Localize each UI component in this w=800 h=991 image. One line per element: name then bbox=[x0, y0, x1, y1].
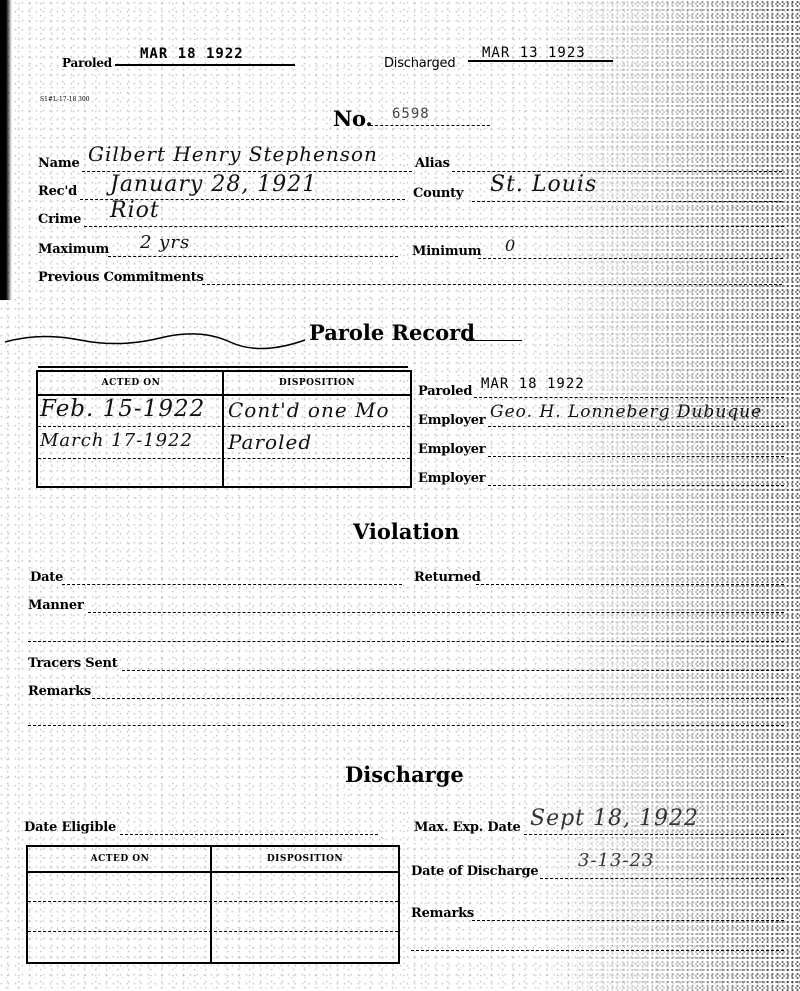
paroled-stamp[interactable]: MAR 18 1922 bbox=[481, 376, 585, 392]
tracers-sent-line bbox=[122, 670, 784, 671]
scan-noise-right bbox=[540, 0, 800, 991]
discharge-col-acted-on: ACTED ON bbox=[28, 854, 212, 864]
previous-commitments-label: Previous Commitments bbox=[38, 270, 204, 285]
discharge-actions-table: ACTED ON DISPOSITION bbox=[26, 845, 400, 964]
crime-label: Crime bbox=[38, 212, 81, 227]
disposition-cell[interactable]: Cont'd one Mo bbox=[228, 398, 390, 422]
crime-field[interactable]: Riot bbox=[110, 198, 160, 223]
violation-heading: Violation bbox=[353, 519, 459, 544]
discharge-remarks-label: Remarks bbox=[411, 906, 474, 921]
violation-remarks-line bbox=[92, 698, 784, 699]
returned-line bbox=[476, 584, 784, 585]
maximum-field[interactable]: 2 yrs bbox=[140, 232, 190, 253]
acted-on-cell[interactable]: March 17-1922 bbox=[40, 430, 193, 451]
parole-col-acted-on: ACTED ON bbox=[38, 378, 224, 388]
record-number-label: No. bbox=[333, 106, 373, 131]
discharge-remarks-line bbox=[472, 920, 784, 921]
manner-label: Manner bbox=[28, 598, 84, 613]
date-of-discharge-label: Date of Discharge bbox=[411, 864, 538, 879]
date-eligible-label: Date Eligible bbox=[24, 820, 116, 835]
violation-date-line bbox=[62, 584, 402, 585]
minimum-line bbox=[478, 258, 783, 259]
max-exp-date-label: Max. Exp. Date bbox=[414, 820, 521, 835]
parole-record-heading-line bbox=[466, 340, 522, 341]
parole-record-heading: Parole Record bbox=[309, 320, 475, 345]
manner-line bbox=[88, 612, 784, 613]
row-divider bbox=[38, 426, 410, 427]
previous-commitments-line bbox=[202, 284, 782, 285]
violation-remarks-label: Remarks bbox=[28, 684, 91, 699]
employer-2-line bbox=[488, 456, 784, 457]
received-field[interactable]: January 28, 1921 bbox=[110, 172, 317, 197]
discharge-col-disposition: DISPOSITION bbox=[212, 854, 398, 864]
received-label: Rec'd bbox=[38, 184, 77, 199]
date-of-discharge-field[interactable]: 3-13-23 bbox=[578, 850, 654, 871]
paroled-label: Paroled bbox=[418, 384, 472, 399]
violation-date-label: Date bbox=[30, 570, 63, 585]
employer-1-field[interactable]: Geo. H. Lonneberg Dubuque bbox=[490, 402, 762, 422]
employer-3-label: Employer bbox=[418, 471, 485, 486]
maximum-line bbox=[108, 256, 398, 257]
discharge-heading: Discharge bbox=[345, 762, 464, 787]
paroled-header-label: Paroled bbox=[62, 56, 112, 70]
discharge-remarks-line-2 bbox=[411, 950, 784, 951]
alias-label: Alias bbox=[415, 156, 450, 171]
parole-col-disposition: DISPOSITION bbox=[224, 378, 410, 388]
employer-1-line bbox=[488, 426, 784, 427]
discharge-table-divider bbox=[210, 847, 212, 962]
row-divider bbox=[28, 931, 398, 932]
form-number: S1#L-17-18 300 bbox=[40, 96, 90, 103]
parole-actions-table: ACTED ON DISPOSITION Feb. 15-1922 Cont'd… bbox=[36, 370, 412, 488]
returned-label: Returned bbox=[414, 570, 481, 585]
employer-2-label: Employer bbox=[418, 442, 485, 457]
county-line bbox=[472, 201, 782, 202]
paroled-header-stamp: MAR 18 1922 bbox=[140, 46, 244, 62]
paroled-header-line bbox=[115, 64, 295, 66]
discharged-header-line bbox=[468, 60, 613, 62]
maximum-label: Maximum bbox=[38, 242, 109, 257]
scan-edge bbox=[0, 0, 12, 300]
manner-line-2 bbox=[28, 641, 784, 642]
tracers-sent-label: Tracers Sent bbox=[28, 656, 118, 671]
date-of-discharge-line bbox=[540, 878, 784, 879]
name-field[interactable]: Gilbert Henry Stephenson bbox=[88, 142, 378, 166]
record-number-value[interactable]: 6598 bbox=[392, 106, 430, 122]
parole-table-top-rule bbox=[38, 366, 408, 368]
record-number-line bbox=[370, 125, 490, 126]
row-divider bbox=[28, 901, 398, 902]
minimum-field[interactable]: 0 bbox=[505, 236, 516, 255]
county-field[interactable]: St. Louis bbox=[490, 172, 597, 197]
torn-edge-line bbox=[0, 330, 310, 350]
name-label: Name bbox=[38, 156, 80, 171]
parole-table-divider bbox=[222, 372, 224, 486]
max-exp-date-line bbox=[524, 834, 784, 835]
county-label: County bbox=[413, 186, 463, 201]
date-eligible-line bbox=[120, 834, 378, 835]
paroled-line bbox=[474, 397, 784, 398]
disposition-cell[interactable]: Paroled bbox=[228, 430, 312, 454]
employer-1-label: Employer bbox=[418, 413, 485, 428]
max-exp-date-field[interactable]: Sept 18, 1922 bbox=[530, 806, 699, 831]
crime-line bbox=[84, 226, 784, 227]
acted-on-cell[interactable]: Feb. 15-1922 bbox=[40, 396, 205, 422]
employer-3-line bbox=[488, 485, 784, 486]
discharged-header-stamp: MAR 13 1923 bbox=[482, 45, 586, 61]
row-divider bbox=[38, 458, 410, 459]
violation-remarks-line-2 bbox=[28, 725, 784, 726]
minimum-label: Minimum bbox=[412, 244, 481, 259]
discharged-header-label: Discharged bbox=[384, 56, 455, 71]
